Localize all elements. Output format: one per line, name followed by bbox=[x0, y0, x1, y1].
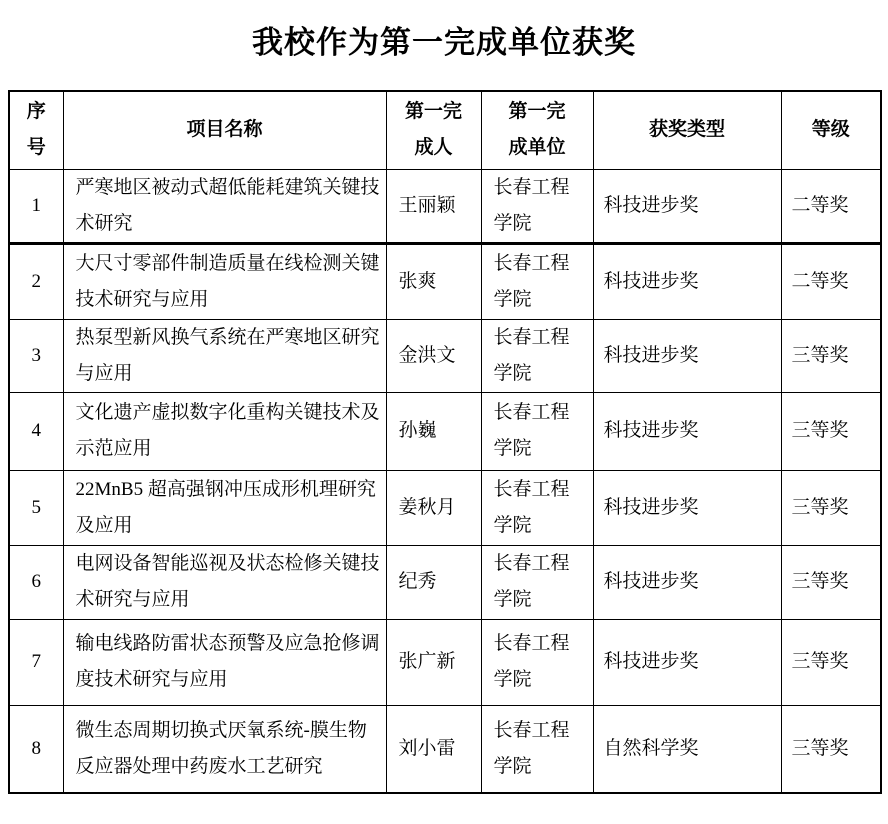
project-name-cell: 输电线路防雷状态预警及应急抢修调度技术研究与应用 bbox=[63, 619, 386, 705]
award-type-cell: 自然科学奖 bbox=[593, 705, 781, 793]
page-title: 我校作为第一完成单位获奖 bbox=[0, 20, 888, 66]
grade-cell: 三等奖 bbox=[781, 392, 881, 470]
header-row: 序 号 项目名称 第一完 成人 第一完 成单位 获奖类型 等级 bbox=[9, 91, 881, 169]
first-unit-cell: 长春工程学院 bbox=[481, 319, 593, 392]
first-completer-cell: 王丽颖 bbox=[386, 169, 481, 243]
serial-number-cell: 8 bbox=[9, 705, 63, 793]
award-type-cell: 科技进步奖 bbox=[593, 470, 781, 545]
project-name-cell: 电网设备智能巡视及状态检修关键技术研究与应用 bbox=[63, 545, 386, 619]
first-unit-cell: 长春工程学院 bbox=[481, 705, 593, 793]
award-type-cell: 科技进步奖 bbox=[593, 392, 781, 470]
header-project-name: 项目名称 bbox=[63, 91, 386, 169]
award-type-cell: 科技进步奖 bbox=[593, 319, 781, 392]
header-first-completer: 第一完 成人 bbox=[386, 91, 481, 169]
serial-number-cell: 6 bbox=[9, 545, 63, 619]
table-row: 7 输电线路防雷状态预警及应急抢修调度技术研究与应用 张广新 长春工程学院 科技… bbox=[9, 619, 881, 705]
table-header: 序 号 项目名称 第一完 成人 第一完 成单位 获奖类型 等级 bbox=[9, 91, 881, 169]
first-completer-cell: 姜秋月 bbox=[386, 470, 481, 545]
project-name-cell: 微生态周期切换式厌氧系统-膜生物反应器处理中药废水工艺研究 bbox=[63, 705, 386, 793]
grade-cell: 三等奖 bbox=[781, 319, 881, 392]
serial-number-cell: 1 bbox=[9, 169, 63, 243]
table-row: 3 热泵型新风换气系统在严寒地区研究与应用 金洪文 长春工程学院 科技进步奖 三… bbox=[9, 319, 881, 392]
project-name-cell: 大尺寸零部件制造质量在线检测关键技术研究与应用 bbox=[63, 243, 386, 319]
grade-cell: 三等奖 bbox=[781, 470, 881, 545]
project-name-cell: 22MnB5 超高强钢冲压成形机理研究及应用 bbox=[63, 470, 386, 545]
table-row: 1 严寒地区被动式超低能耗建筑关键技术研究 王丽颖 长春工程学院 科技进步奖 二… bbox=[9, 169, 881, 243]
first-unit-cell: 长春工程学院 bbox=[481, 392, 593, 470]
grade-cell: 二等奖 bbox=[781, 169, 881, 243]
first-completer-cell: 张广新 bbox=[386, 619, 481, 705]
first-completer-cell: 孙巍 bbox=[386, 392, 481, 470]
first-unit-cell: 长春工程学院 bbox=[481, 619, 593, 705]
grade-cell: 二等奖 bbox=[781, 243, 881, 319]
project-name-cell: 文化遗产虚拟数字化重构关键技术及示范应用 bbox=[63, 392, 386, 470]
table-body: 1 严寒地区被动式超低能耗建筑关键技术研究 王丽颖 长春工程学院 科技进步奖 二… bbox=[9, 169, 881, 793]
project-name-cell: 严寒地区被动式超低能耗建筑关键技术研究 bbox=[63, 169, 386, 243]
award-type-cell: 科技进步奖 bbox=[593, 243, 781, 319]
table-row: 5 22MnB5 超高强钢冲压成形机理研究及应用 姜秋月 长春工程学院 科技进步… bbox=[9, 470, 881, 545]
first-unit-cell: 长春工程学院 bbox=[481, 470, 593, 545]
first-unit-cell: 长春工程学院 bbox=[481, 545, 593, 619]
header-first-unit: 第一完 成单位 bbox=[481, 91, 593, 169]
award-type-cell: 科技进步奖 bbox=[593, 619, 781, 705]
awards-table: 序 号 项目名称 第一完 成人 第一完 成单位 获奖类型 等级 1 严寒地区被动… bbox=[8, 90, 882, 794]
serial-number-cell: 3 bbox=[9, 319, 63, 392]
header-grade: 等级 bbox=[781, 91, 881, 169]
table-row: 6 电网设备智能巡视及状态检修关键技术研究与应用 纪秀 长春工程学院 科技进步奖… bbox=[9, 545, 881, 619]
header-serial-number: 序 号 bbox=[9, 91, 63, 169]
first-unit-cell: 长春工程学院 bbox=[481, 243, 593, 319]
grade-cell: 三等奖 bbox=[781, 705, 881, 793]
page: 我校作为第一完成单位获奖 序 号 项目名称 第一完 成人 第一完 成单位 获奖类… bbox=[0, 0, 888, 824]
serial-number-cell: 7 bbox=[9, 619, 63, 705]
project-name-cell: 热泵型新风换气系统在严寒地区研究与应用 bbox=[63, 319, 386, 392]
first-completer-cell: 张爽 bbox=[386, 243, 481, 319]
grade-cell: 三等奖 bbox=[781, 545, 881, 619]
table-row: 2 大尺寸零部件制造质量在线检测关键技术研究与应用 张爽 长春工程学院 科技进步… bbox=[9, 243, 881, 319]
first-unit-cell: 长春工程学院 bbox=[481, 169, 593, 243]
serial-number-cell: 2 bbox=[9, 243, 63, 319]
serial-number-cell: 5 bbox=[9, 470, 63, 545]
table-row: 8 微生态周期切换式厌氧系统-膜生物反应器处理中药废水工艺研究 刘小雷 长春工程… bbox=[9, 705, 881, 793]
first-completer-cell: 纪秀 bbox=[386, 545, 481, 619]
grade-cell: 三等奖 bbox=[781, 619, 881, 705]
header-award-type: 获奖类型 bbox=[593, 91, 781, 169]
table-row: 4 文化遗产虚拟数字化重构关键技术及示范应用 孙巍 长春工程学院 科技进步奖 三… bbox=[9, 392, 881, 470]
award-type-cell: 科技进步奖 bbox=[593, 169, 781, 243]
serial-number-cell: 4 bbox=[9, 392, 63, 470]
award-type-cell: 科技进步奖 bbox=[593, 545, 781, 619]
first-completer-cell: 刘小雷 bbox=[386, 705, 481, 793]
first-completer-cell: 金洪文 bbox=[386, 319, 481, 392]
